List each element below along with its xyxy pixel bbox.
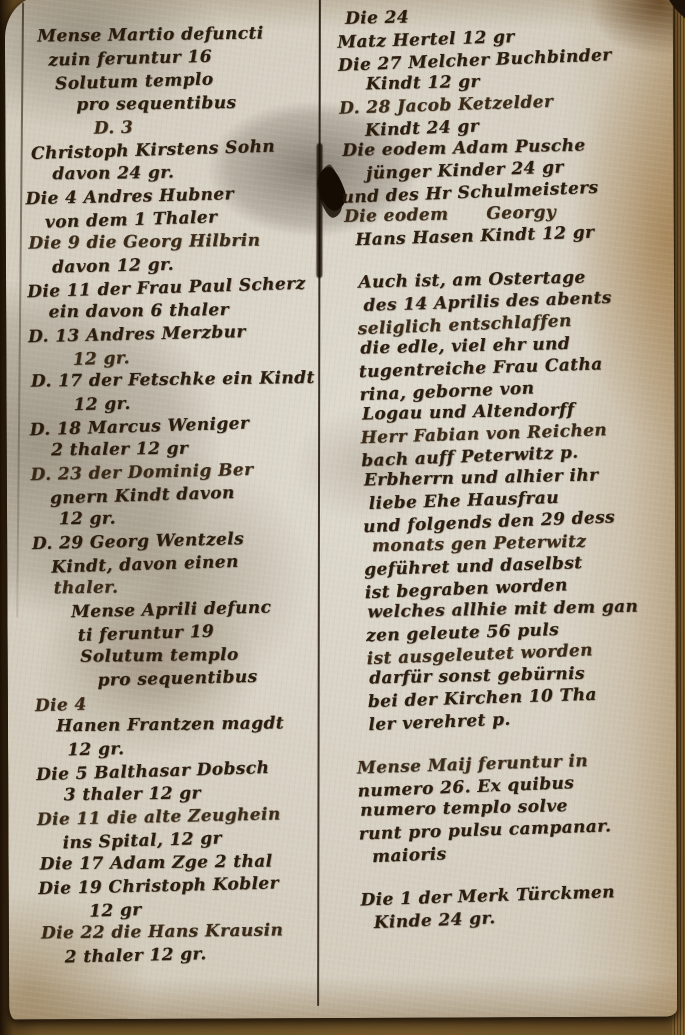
right-column: Die 24Matz Hertel 12 grDie 27 Melcher Bu… bbox=[336, 0, 685, 933]
manuscript-page: Mense Martio defuncti zuin feruntur 16 S… bbox=[5, 0, 677, 1019]
left-column: Mense Martio defuncti zuin feruntur 16 S… bbox=[22, 21, 333, 969]
table-surface: Mense Martio defuncti zuin feruntur 16 S… bbox=[0, 0, 685, 1035]
